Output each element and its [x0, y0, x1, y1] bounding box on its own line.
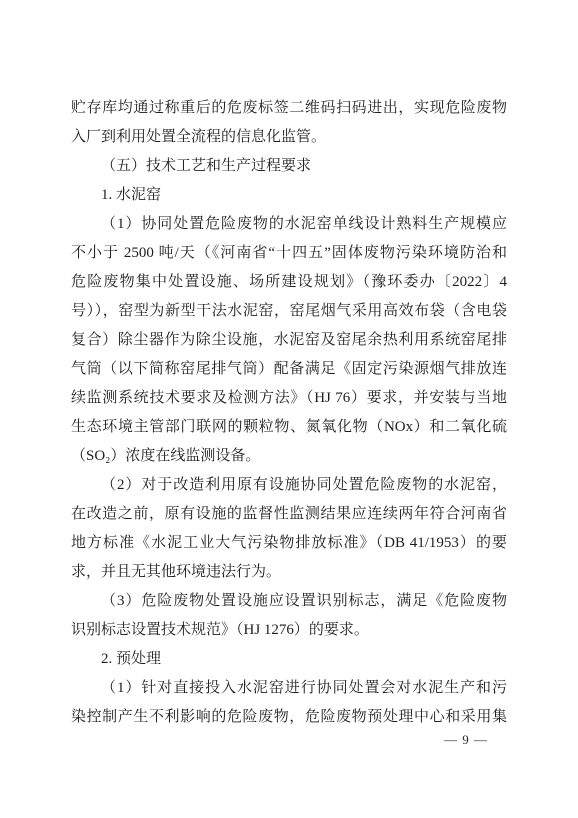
text-line: 不小于 2500 吨/天（《河南省“十四五”固体废物污染环境防治和 — [71, 239, 507, 268]
text-line: 气筒（以下简称窑尾排气筒）配备满足《固定污染源烟气排放连 — [71, 355, 507, 384]
subsection-heading: 2. 预处理 — [71, 645, 507, 674]
text-line: 求，并且无其他环境违法行为。 — [71, 558, 507, 587]
text-line: 染控制产生不利影响的危险废物，危险废物预处理中心和采用集 — [71, 703, 507, 732]
text-line: 贮存库均通过称重后的危废标签二维码扫码进出，实现危险废物 — [71, 94, 507, 123]
text-line: 复合）除尘器作为除尘设施，水泥窑及窑尾余热利用系统窑尾排 — [71, 326, 507, 355]
section-heading: （五）技术工艺和生产过程要求 — [71, 152, 507, 181]
text-line: 续监测系统技术要求及检测方法》（HJ 76）要求，并安装与当地 — [71, 384, 507, 413]
text-line: （3）危险废物处置设施应设置识别标志，满足《危险废物 — [71, 587, 507, 616]
text-line: （1）针对直接投入水泥窑进行协同处置会对水泥生产和污 — [71, 674, 507, 703]
text-line: （2）对于改造利用原有设施协同处置危险废物的水泥窑， — [71, 471, 507, 500]
page-number: — 9 — — [438, 731, 494, 749]
text-line: 危险废物集中处置设施、场所建设规划》（豫环委办〔2022〕4 — [71, 268, 507, 297]
subsection-heading: 1. 水泥窑 — [71, 181, 507, 210]
text-line: 入厂到利用处置全流程的信息化监管。 — [71, 123, 507, 152]
text-line: 识别标志设置技术规范》（HJ 1276）的要求。 — [71, 616, 507, 645]
text-line: 在改造之前，原有设施的监督性监测结果应连续两年符合河南省 — [71, 500, 507, 529]
document-text-column: 贮存库均通过称重后的危废标签二维码扫码进出，实现危险废物 入厂到利用处置全流程的… — [71, 94, 507, 732]
text-line: 生态环境主管部门联网的颗粒物、氮氧化物（NOx）和二氧化硫 — [71, 413, 507, 442]
text-line: （SO₂）浓度在线监测设备。 — [71, 442, 507, 471]
scanned-document-page: 贮存库均通过称重后的危废标签二维码扫码进出，实现危险废物 入厂到利用处置全流程的… — [0, 0, 578, 818]
text-line: 地方标准《水泥工业大气污染物排放标准》（DB 41/1953）的要 — [71, 529, 507, 558]
text-line: 号）），窑型为新型干法水泥窑，窑尾烟气采用高效布袋（含电袋 — [71, 297, 507, 326]
text-line: （1）协同处置危险废物的水泥窑单线设计熟料生产规模应 — [71, 210, 507, 239]
